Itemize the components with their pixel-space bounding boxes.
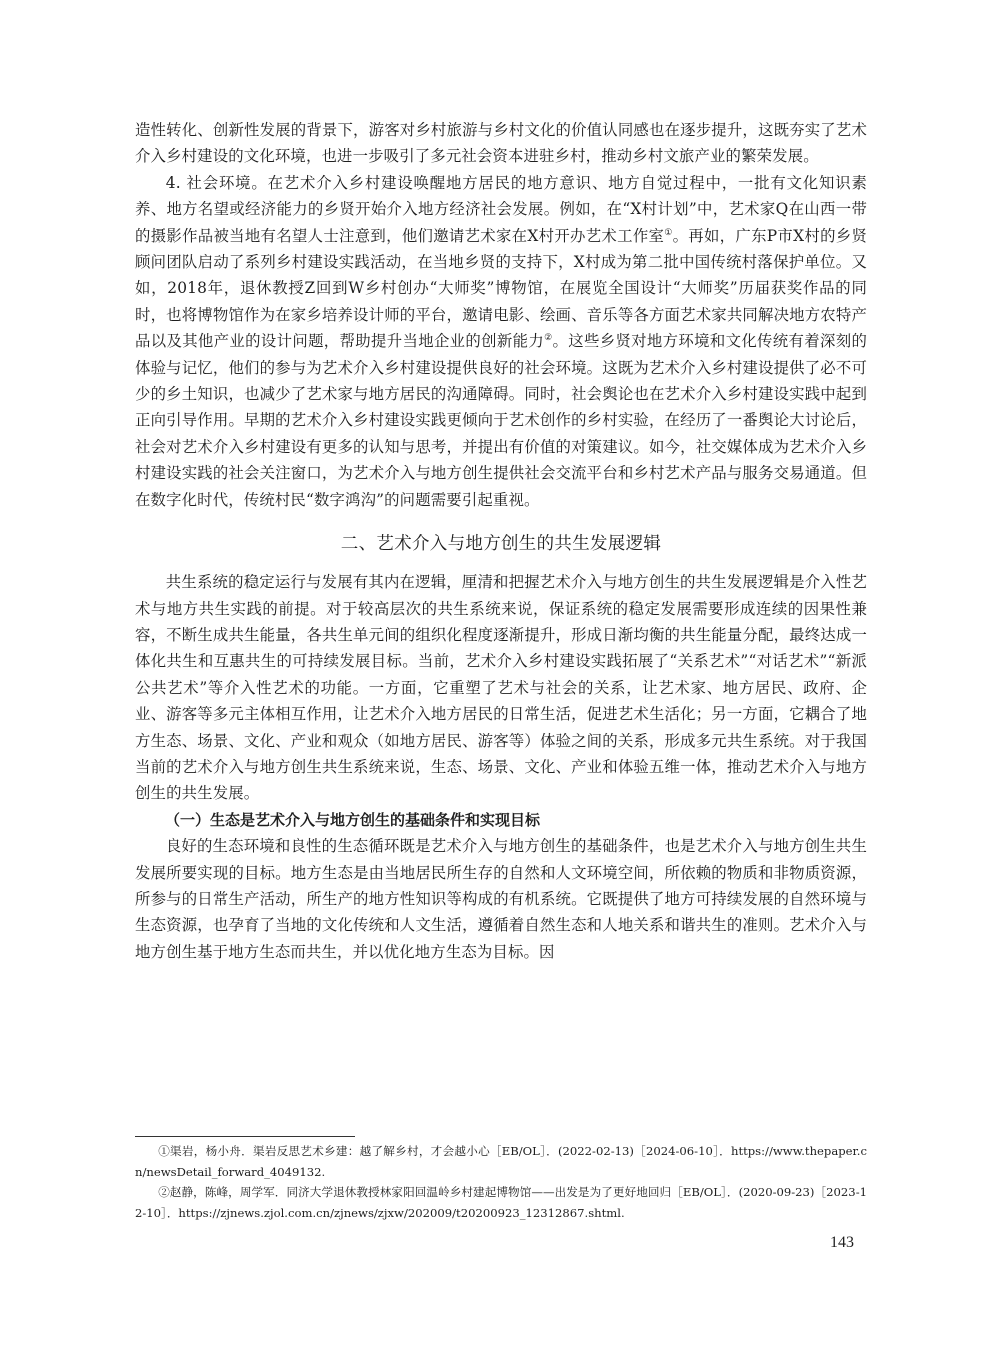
footnote-1: ①渠岩，杨小舟．渠岩反思艺术乡建：越了解乡村，才会越小心［EB/OL］．(202… (135, 1141, 867, 1182)
footnote-divider (135, 1136, 355, 1137)
paragraph-section-intro: 共生系统的稳定运行与发展有其内在逻辑，厘清和把握艺术介入与地方创生的共生发展逻辑… (135, 569, 867, 807)
footnote-text: 渠岩，杨小舟．渠岩反思艺术乡建：越了解乡村，才会越小心［EB/OL］．(2022… (135, 1144, 867, 1179)
paragraph-social-environment: 4. 社会环境。在艺术介入乡村建设唤醒地方居民的地方意识、地方自觉过程中，一批有… (135, 170, 867, 513)
paragraph-ecology: 良好的生态环境和良性的生态循环既是艺术介入与地方创生的基础条件，也是艺术介入与地… (135, 833, 867, 965)
footnote-marker: ① (158, 1144, 170, 1158)
footnote-text: 赵静，陈峰，周学军．同济大学退休教授林家阳回温岭乡村建起博物馆——出发是为了更好… (135, 1185, 867, 1220)
footnote-marker: ② (158, 1185, 170, 1199)
footnotes: ①渠岩，杨小舟．渠岩反思艺术乡建：越了解乡村，才会越小心［EB/OL］．(202… (135, 1136, 867, 1223)
footnote-ref-1[interactable]: ① (664, 228, 672, 238)
section-heading: 二、艺术介入与地方创生的共生发展逻辑 (135, 531, 867, 557)
page-number: 143 (830, 1233, 854, 1253)
footnote-ref-2[interactable]: ② (544, 333, 552, 343)
subsection-heading: （一）生态是艺术介入与地方创生的基础条件和实现目标 (135, 807, 867, 833)
paragraph-continued: 造性转化、创新性发展的背景下，游客对乡村旅游与乡村文化的价值认同感也在逐步提升，… (135, 117, 867, 170)
paragraph-text: 。这些乡贤对地方环境和文化传统有着深刻的体验与记忆，他们的参与为艺术介入乡村建设… (135, 332, 867, 508)
footnote-2: ②赵静，陈峰，周学军．同济大学退休教授林家阳回温岭乡村建起博物馆——出发是为了更… (135, 1182, 867, 1223)
page-body: 造性转化、创新性发展的背景下，游客对乡村旅游与乡村文化的价值认同感也在逐步提升，… (135, 117, 867, 965)
